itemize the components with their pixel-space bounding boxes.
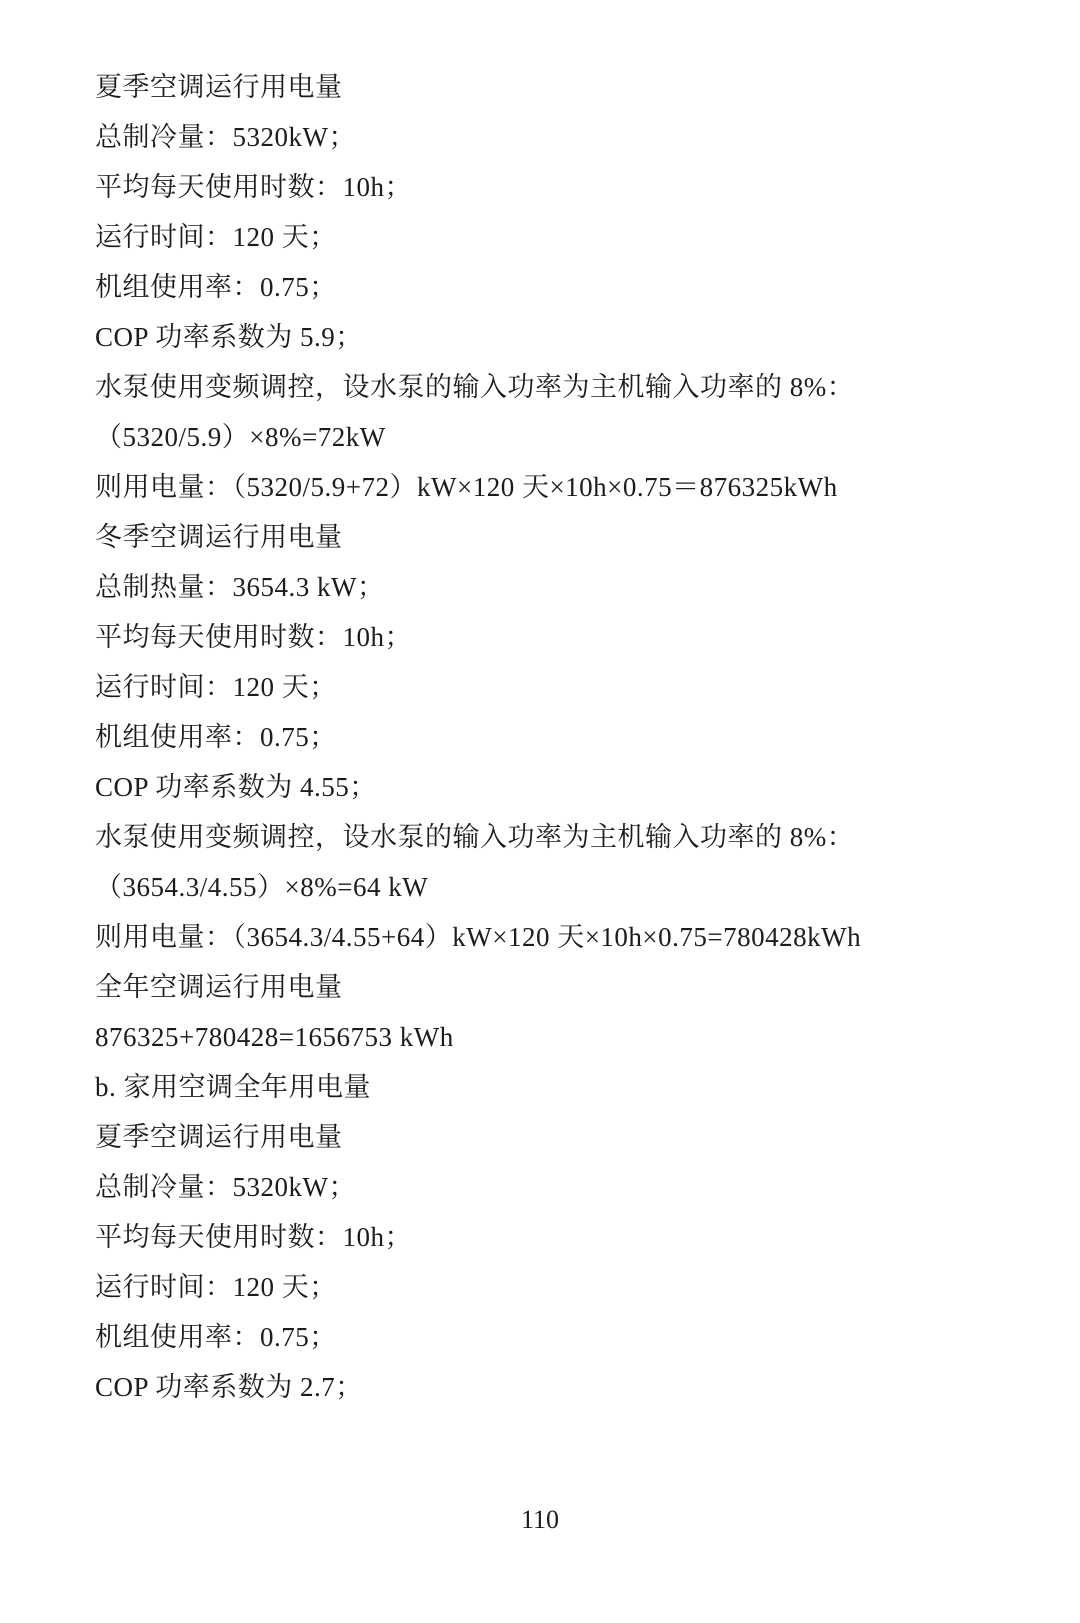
text-line: COP 功率系数为 5.9；: [95, 312, 1020, 362]
text-line: 总制冷量：5320kW；: [95, 112, 1020, 162]
section-heading: 夏季空调运行用电量: [95, 1112, 1020, 1162]
text-line: 总制热量：3654.3 kW；: [95, 562, 1020, 612]
text-line: 运行时间：120 天；: [95, 1262, 1020, 1312]
text-line: COP 功率系数为 4.55；: [95, 762, 1020, 812]
section-heading: 夏季空调运行用电量: [95, 62, 1020, 112]
section-heading: 冬季空调运行用电量: [95, 512, 1020, 562]
section-heading: b. 家用空调全年用电量: [95, 1062, 1020, 1112]
formula-line: （5320/5.9）×8%=72kW: [95, 412, 1020, 462]
text-line: 水泵使用变频调控，设水泵的输入功率为主机输入功率的 8%：: [95, 362, 1020, 412]
text-line: 机组使用率：0.75；: [95, 262, 1020, 312]
text-line: 运行时间：120 天；: [95, 212, 1020, 262]
text-line: 水泵使用变频调控，设水泵的输入功率为主机输入功率的 8%：: [95, 812, 1020, 862]
document-body: 夏季空调运行用电量 总制冷量：5320kW； 平均每天使用时数：10h； 运行时…: [95, 62, 1020, 1412]
formula-line: 则用电量：（3654.3/4.55+64）kW×120 天×10h×0.75=7…: [95, 912, 1020, 962]
formula-line: 则用电量：（5320/5.9+72）kW×120 天×10h×0.75＝8763…: [95, 462, 1020, 512]
formula-line: （3654.3/4.55）×8%=64 kW: [95, 862, 1020, 912]
text-line: 平均每天使用时数：10h；: [95, 162, 1020, 212]
formula-line: 876325+780428=1656753 kWh: [95, 1012, 1020, 1062]
text-line: 运行时间：120 天；: [95, 662, 1020, 712]
text-line: 平均每天使用时数：10h；: [95, 612, 1020, 662]
section-heading: 全年空调运行用电量: [95, 962, 1020, 1012]
text-line: 机组使用率：0.75；: [95, 712, 1020, 762]
document-page: 夏季空调运行用电量 总制冷量：5320kW； 平均每天使用时数：10h； 运行时…: [0, 0, 1080, 1623]
text-line: 平均每天使用时数：10h；: [95, 1212, 1020, 1262]
page-number: 110: [0, 1505, 1080, 1535]
text-line: 总制冷量：5320kW；: [95, 1162, 1020, 1212]
text-line: 机组使用率：0.75；: [95, 1312, 1020, 1362]
text-line: COP 功率系数为 2.7；: [95, 1362, 1020, 1412]
